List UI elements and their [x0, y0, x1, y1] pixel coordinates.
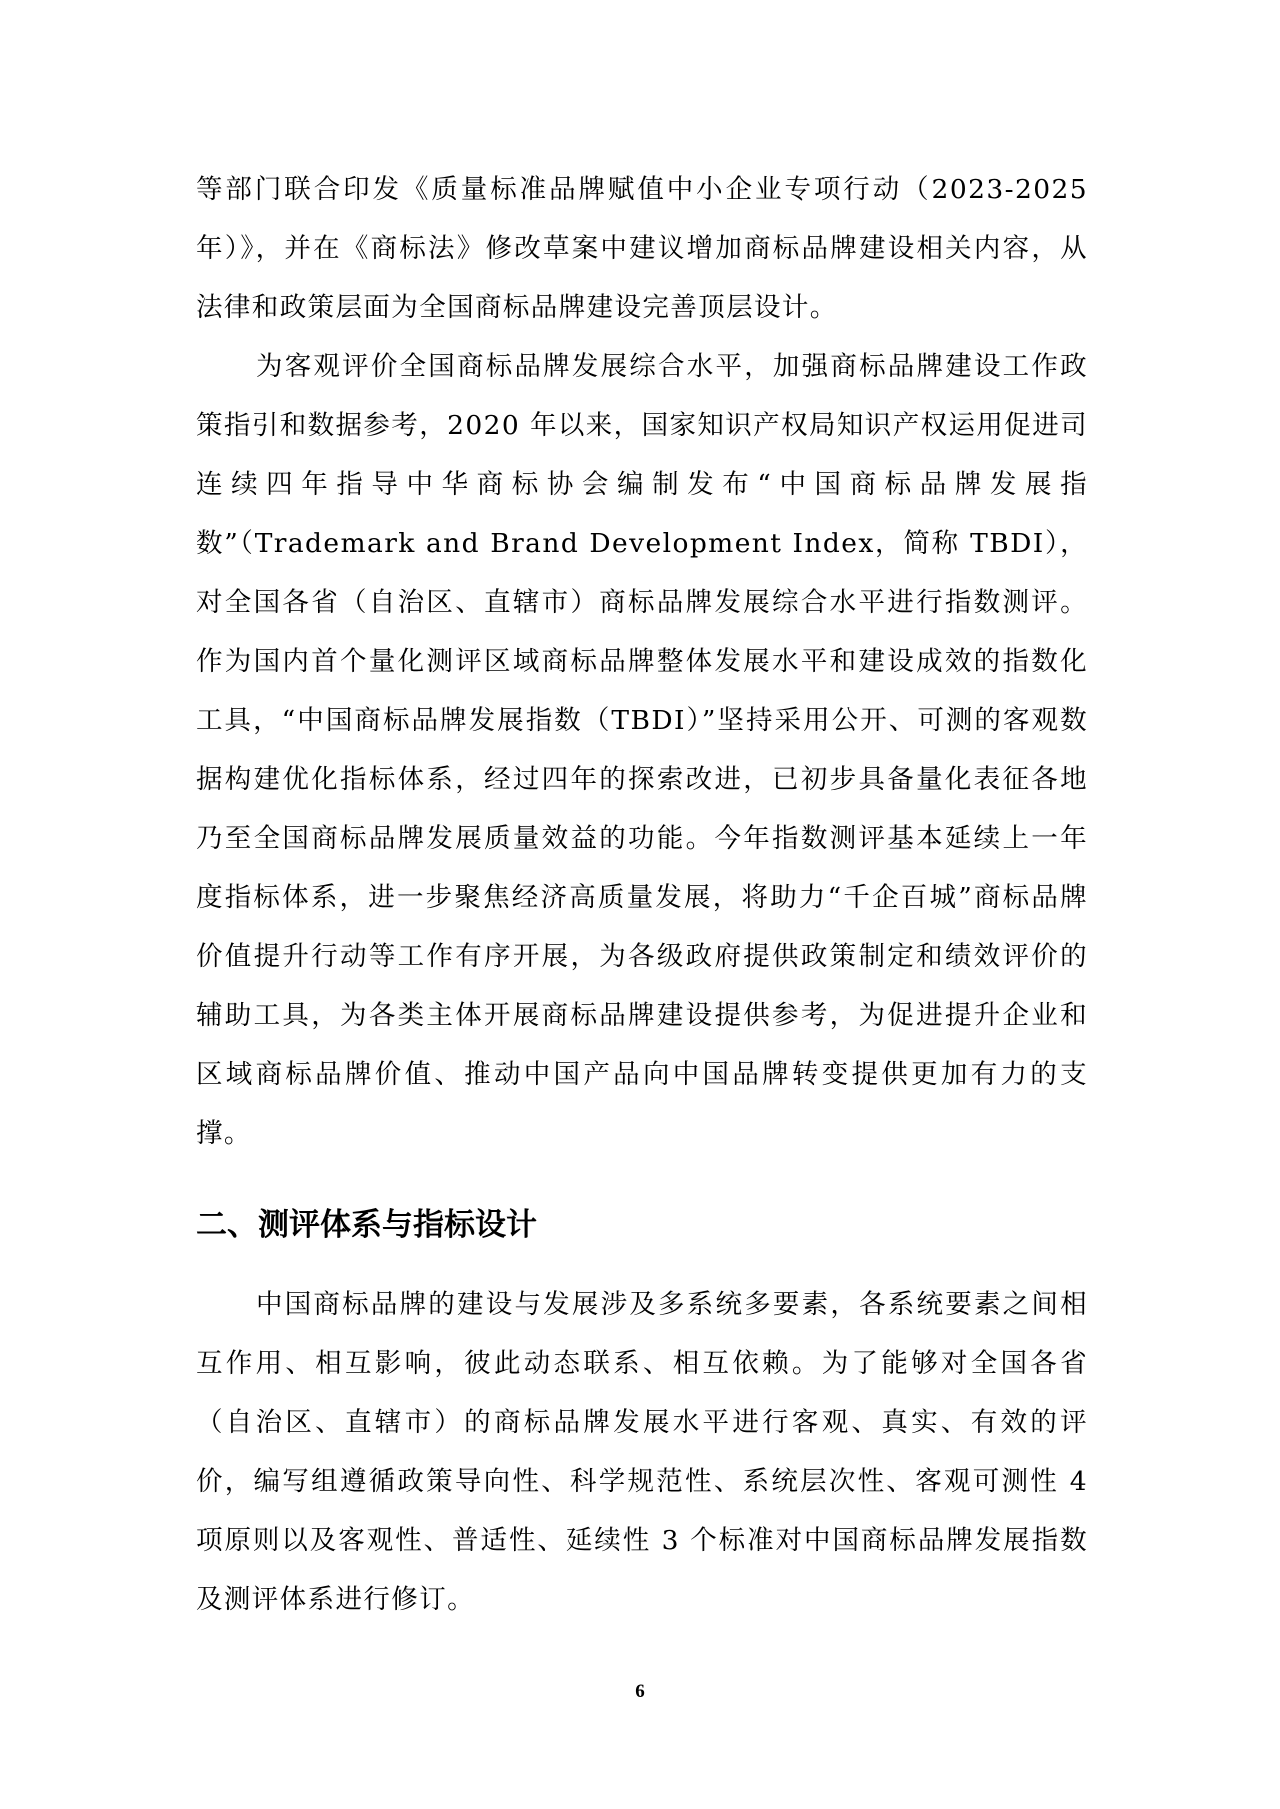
paragraph-tbdi-introduction: 为客观评价全国商标品牌发展综合水平，加强商标品牌建设工作政策指引和数据参考，20…: [196, 337, 1088, 1163]
section-heading: 二、测评体系与指标设计: [196, 1205, 1088, 1245]
document-page: 等部门联合印发《质量标准品牌赋值中小企业专项行动（2023-2025年）》，并在…: [196, 160, 1088, 1629]
page-number: 6: [0, 1680, 1280, 1704]
paragraph-evaluation-system: 中国商标品牌的建设与发展涉及多系统多要素，各系统要素之间相互作用、相互影响，彼此…: [196, 1275, 1088, 1629]
paragraph-continuation: 等部门联合印发《质量标准品牌赋值中小企业专项行动（2023-2025年）》，并在…: [196, 160, 1088, 337]
